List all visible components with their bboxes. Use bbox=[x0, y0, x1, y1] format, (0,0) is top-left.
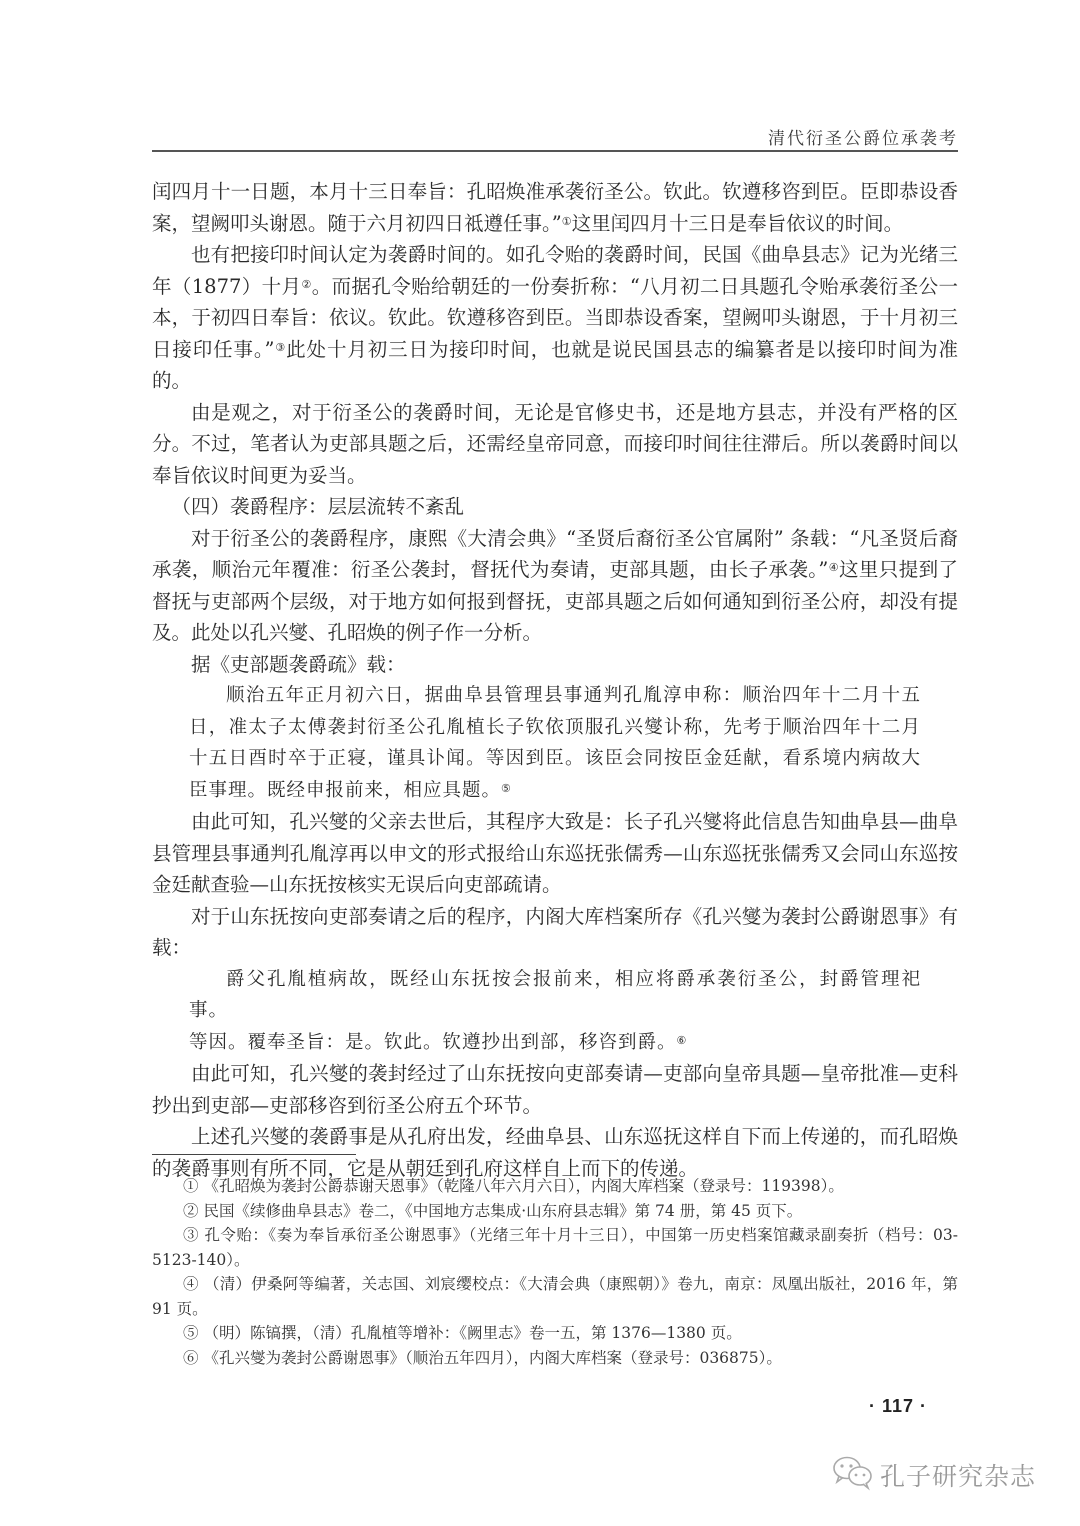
paragraph-2: 也有把接印时间认定为袭爵时间的。如孔令贻的袭爵时间，民国《曲阜县志》记为光绪三年… bbox=[152, 239, 958, 397]
footnote-5: ⑤ （明）陈镐撰，（清）孔胤植等增补：《阙里志》卷一五，第 1376—1380 … bbox=[152, 1321, 958, 1346]
running-header: 清代衍圣公爵位承袭考 bbox=[768, 124, 958, 149]
footnotes: ① 《孔昭焕为袭封公爵恭谢天恩事》（乾隆八年六月六日），内阁大库档案（登录号：1… bbox=[152, 1174, 958, 1370]
block-quote-2-cont: 等因。覆奉圣旨：是。钦此。钦遵抄出到部，移咨到爵。⑥ bbox=[152, 1027, 958, 1059]
watermark: 孔子研究杂志 bbox=[832, 1455, 1036, 1495]
paragraph-7: 对于山东抚按向吏部奏请之后的程序，内阁大库档案所存《孔兴燮为袭封公爵谢恩事》有载… bbox=[152, 901, 958, 964]
footnote-rule bbox=[152, 1154, 356, 1155]
header-rule bbox=[152, 150, 958, 152]
block-quote-1: 顺治五年正月初六日，据曲阜县管理县事通判孔胤淳申称：顺治四年十二月十五日，准太子… bbox=[152, 680, 958, 806]
paragraph-1: 闰四月十一日题，本月十三日奉旨：孔昭焕准承袭衍圣公。钦此。钦遵移咨到臣。臣即恭设… bbox=[152, 176, 958, 239]
wechat-icon bbox=[832, 1455, 874, 1495]
page-number: · 117 · bbox=[869, 1396, 927, 1417]
section-heading: （四）袭爵程序：层层流转不紊乱 bbox=[152, 491, 958, 523]
paragraph-5: 据《吏部题袭爵疏》载： bbox=[152, 649, 958, 681]
footnote-ref-1[interactable]: ① bbox=[562, 215, 572, 228]
footnote-4: ④ （清）伊桑阿等编著，关志国、刘宸缨校点：《大清会典（康熙朝）》卷九，南京：凤… bbox=[152, 1272, 958, 1321]
paragraph-6: 由此可知，孔兴燮的父亲去世后，其程序大致是：长子孔兴燮将此信息告知曲阜县—曲阜县… bbox=[152, 806, 958, 901]
block-quote-2: 爵父孔胤植病故，既经山东抚按会报前来，相应将爵承袭衍圣公，封爵管理祀事。 bbox=[152, 964, 958, 1027]
footnote-2: ② 民国《续修曲阜县志》卷二，《中国地方志集成·山东府县志辑》第 74 册，第 … bbox=[152, 1199, 958, 1224]
footnote-ref-4[interactable]: ④ bbox=[828, 561, 839, 574]
footnote-6: ⑥ 《孔兴燮为袭封公爵谢恩事》（顺治五年四月），内阁大库档案（登录号：03687… bbox=[152, 1346, 958, 1371]
footnote-ref-3[interactable]: ③ bbox=[275, 341, 287, 354]
footnote-ref-6[interactable]: ⑥ bbox=[677, 1034, 688, 1047]
footnote-ref-5[interactable]: ⑤ bbox=[501, 782, 512, 795]
footnote-ref-2[interactable]: ② bbox=[301, 278, 311, 291]
footnote-1: ① 《孔昭焕为袭封公爵恭谢天恩事》（乾隆八年六月六日），内阁大库档案（登录号：1… bbox=[152, 1174, 958, 1199]
footnote-3: ③ 孔令贻：《奏为奉旨承衍圣公谢恩事》（光绪三年十月十三日），中国第一历史档案馆… bbox=[152, 1223, 958, 1272]
body-text: 闰四月十一日题，本月十三日奉旨：孔昭焕准承袭衍圣公。钦此。钦遵移咨到臣。臣即恭设… bbox=[152, 176, 958, 1184]
paragraph-4: 对于衍圣公的袭爵程序，康熙《大清会典》“圣贤后裔衍圣公官属附” 条载：“凡圣贤后… bbox=[152, 523, 958, 649]
paragraph-3: 由是观之，对于衍圣公的袭爵时间，无论是官修史书，还是地方县志，并没有严格的区分。… bbox=[152, 397, 958, 492]
paragraph-8: 由此可知，孔兴燮的袭封经过了山东抚按向吏部奏请—吏部向皇帝具题—皇帝批准—吏科抄… bbox=[152, 1058, 958, 1121]
watermark-text: 孔子研究杂志 bbox=[880, 1457, 1036, 1493]
